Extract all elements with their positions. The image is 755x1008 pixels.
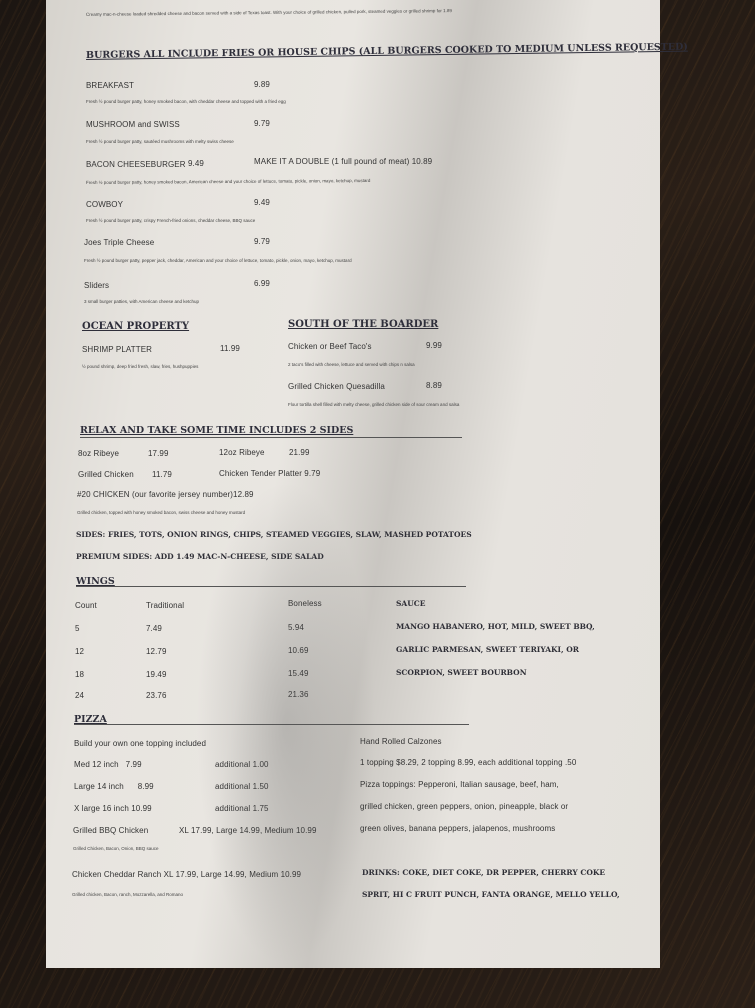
item-desc: Grilled chicken, topped with honey smoke…: [77, 510, 245, 515]
wings-col-traditional: Traditional: [146, 601, 184, 610]
item-desc: Fresh ½ pound burger patty, honey smoked…: [86, 99, 286, 104]
pizza-additional: additional 1.75: [215, 804, 269, 813]
item-price: 11.99: [220, 344, 240, 353]
item-desc: Flour tortilla shell filled with melty c…: [288, 402, 459, 407]
specialty-pizza-name: Grilled BBQ Chicken: [73, 826, 148, 835]
item-name: BACON CHEESEBURGER: [86, 160, 186, 169]
item-desc: Fresh ½ pound burger patty, pepper jack,…: [84, 258, 352, 263]
mac-n-cheese-note: Creamy mac-n-cheese loaded shredded chee…: [86, 8, 452, 17]
pizza-additional: additional 1.50: [215, 782, 269, 791]
wings-traditional: 19.49: [146, 670, 167, 679]
item-name: #20 CHICKEN (our favorite jersey number)…: [77, 490, 254, 499]
item-name: 8oz Ribeye: [78, 449, 119, 458]
item-name: Grilled Chicken Quesadilla: [288, 382, 385, 391]
wings-count: 24: [75, 691, 84, 700]
wings-boneless: 5.94: [288, 623, 304, 632]
wings-traditional: 23.76: [146, 691, 167, 700]
sauce-line: GARLIC PARMESAN, SWEET TERIYAKI, OR: [396, 645, 579, 654]
item-price: 9.79: [254, 119, 270, 128]
heading-rule: [74, 724, 469, 725]
item-name: BREAKFAST: [86, 81, 134, 90]
item-name: Chicken Tender Platter 9.79: [219, 469, 320, 478]
calzones-price: 1 topping $8.29, 2 topping 8.99, each ad…: [360, 758, 576, 767]
item-price: 11.79: [152, 470, 172, 479]
wings-count: 18: [75, 670, 84, 679]
pizza-intro: Build your own one topping included: [74, 739, 206, 748]
specialty-pizza-desc: Grilled chicken, Bacon, ranch, Mozzarell…: [72, 892, 183, 897]
wings-col-sauce: SAUCE: [396, 599, 425, 608]
item-price: 21.99: [289, 448, 310, 457]
item-price: 8.89: [426, 381, 442, 390]
pizza-toppings-line: grilled chicken, green peppers, onion, p…: [360, 802, 568, 811]
wings-boneless: 10.69: [288, 646, 309, 655]
burgers-heading: BURGERS ALL INCLUDE FRIES OR HOUSE CHIPS…: [86, 42, 688, 61]
item-name: COWBOY: [86, 200, 123, 209]
sauce-line: MANGO HABANERO, HOT, MILD, SWEET BBQ,: [396, 622, 595, 631]
wings-col-boneless: Boneless: [288, 599, 322, 608]
wings-boneless: 15.49: [288, 669, 309, 678]
ocean-property-heading: OCEAN PROPERTY: [82, 321, 189, 332]
specialty-pizza-desc: Grilled Chicken, Bacon, Onion, BBQ sauce: [73, 846, 159, 851]
item-desc: ½ pound shrimp, deep fried fresh, slaw, …: [82, 364, 198, 369]
item-price: 9.49: [254, 198, 270, 207]
pizza-toppings-line: green olives, banana peppers, jalapenos,…: [360, 824, 555, 833]
pizza-size: Large 14 inch 8.99: [74, 782, 154, 791]
wings-boneless: 21.36: [288, 690, 309, 699]
pizza-toppings-line: Pizza toppings: Pepperoni, Italian sausa…: [360, 780, 559, 789]
relax-heading: RELAX AND TAKE SOME TIME INCLUDES 2 SIDE…: [80, 425, 353, 436]
item-desc: 2 taco's filled with cheese, lettuce and…: [288, 362, 415, 367]
item-name: Sliders: [84, 281, 109, 290]
drinks-line: DRINKS: COKE, DIET COKE, DR PEPPER, CHER…: [362, 868, 605, 877]
item-name: SHRIMP PLATTER: [82, 345, 152, 354]
item-name: Joes Triple Cheese: [84, 238, 154, 247]
item-desc: Fresh ½ pound burger patty, crispy Frenc…: [86, 218, 255, 223]
item-name: 12oz Ribeye: [219, 448, 265, 457]
item-price: 6.99: [254, 279, 270, 288]
pizza-additional: additional 1.00: [215, 760, 269, 769]
item-price: 9.89: [254, 80, 270, 89]
wings-count: 5: [75, 624, 80, 633]
item-name: MUSHROOM and SWISS: [86, 120, 180, 129]
pizza-size: X large 16 inch 10.99: [74, 804, 152, 813]
wings-count: 12: [75, 647, 84, 656]
wings-traditional: 7.49: [146, 624, 162, 633]
pizza-size: Med 12 inch 7.99: [74, 760, 142, 769]
specialty-pizza-name: Chicken Cheddar Ranch XL 17.99, Large 14…: [72, 870, 301, 879]
menu-page: Creamy mac-n-cheese loaded shredded chee…: [46, 0, 660, 968]
item-price: 17.99: [148, 449, 169, 458]
drinks-line: SPRIT, HI C FRUIT PUNCH, FANTA ORANGE, M…: [362, 890, 620, 899]
item-desc: 3 small burger patties, with American ch…: [84, 299, 199, 304]
item-name: Grilled Chicken: [78, 470, 134, 479]
premium-sides-text: PREMIUM SIDES: ADD 1.49 MAC-N-CHEESE, SI…: [76, 552, 324, 561]
item-desc: Fresh ½ pound burger patty, sautéed mush…: [86, 139, 234, 144]
heading-rule: [80, 437, 462, 438]
item-price: 9.49: [188, 159, 204, 168]
specialty-pizza-prices: XL 17.99, Large 14.99, Medium 10.99: [179, 826, 317, 835]
wings-traditional: 12.79: [146, 647, 167, 656]
item-price: 9.79: [254, 237, 270, 246]
make-it-double: MAKE IT A DOUBLE (1 full pound of meat) …: [254, 157, 432, 166]
sauce-line: SCORPION, SWEET BOURBON: [396, 668, 527, 677]
item-name: Chicken or Beef Taco's: [288, 342, 372, 351]
heading-rule: [76, 586, 466, 587]
wings-col-count: Count: [75, 601, 97, 610]
south-of-the-boarder-heading: SOUTH OF THE BOARDER: [288, 319, 438, 330]
sides-text: SIDES: FRIES, TOTS, ONION RINGS, CHIPS, …: [76, 530, 472, 539]
item-price: 9.99: [426, 341, 442, 350]
item-desc: Fresh ½ pound burger patty, honey smoked…: [86, 178, 370, 185]
calzones-title: Hand Rolled Calzones: [360, 737, 442, 746]
